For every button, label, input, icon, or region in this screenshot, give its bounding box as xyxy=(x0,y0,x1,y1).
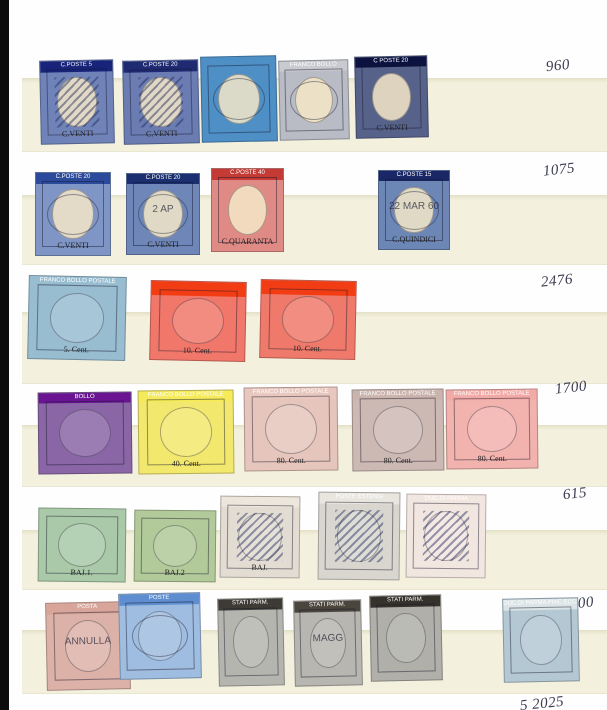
stamp-value-label: C.VENTI xyxy=(357,122,428,132)
stamp-value-label: 80. Cent. xyxy=(353,456,443,466)
stamp-value-label xyxy=(296,679,362,680)
stamp-value-label: 5. Cent. xyxy=(28,344,124,355)
cancel-text: 2 AP xyxy=(127,204,199,215)
stamp: BAJ.2 xyxy=(134,510,217,583)
grid-cancel-icon xyxy=(138,77,183,127)
stamp: FRANCO BOLLO POSTALE5. Cent. xyxy=(27,275,127,361)
stamp: C.POSTE 20C.VENTI xyxy=(122,59,200,145)
stamp: 10. Cent. xyxy=(259,279,357,360)
stamp: C POSTE 20C.VENTI xyxy=(354,55,429,139)
footer-note: 5 2025 xyxy=(519,694,565,710)
stamp: BAJ. xyxy=(220,496,301,579)
stamp-value-label: 80. Cent. xyxy=(245,456,337,466)
stamp-value-label xyxy=(372,674,442,675)
stamp: C.POSTE 1522 MAR 60C.QUINDICI xyxy=(378,170,450,250)
stamp-value-label: 40. Cent. xyxy=(139,459,233,469)
stamp-value-label xyxy=(39,468,131,469)
postmark-icon xyxy=(47,194,99,235)
stamp: DUC.DI PARMA xyxy=(406,494,487,579)
grid-cancel-icon xyxy=(55,77,99,127)
stamp xyxy=(200,55,278,143)
stamp-portrait-oval xyxy=(228,185,268,234)
stamp-value-label: BAJ.2 xyxy=(135,567,215,577)
stamp-portrait-oval xyxy=(265,404,317,454)
stamp: BOLLO xyxy=(38,392,133,475)
stamp-portrait-oval xyxy=(520,615,562,665)
stamp: 10. Cent. xyxy=(149,280,247,362)
stamp-value-label xyxy=(220,679,284,680)
price-note: 960 xyxy=(545,57,571,76)
stamp-value-label xyxy=(281,134,349,135)
stamp-value-label xyxy=(319,573,399,574)
stamp-portrait-oval xyxy=(281,296,335,343)
stamp-value-label: 10. Cent. xyxy=(260,343,354,354)
stamp-portrait-oval xyxy=(159,407,212,457)
stamp-value-label: C.VENTI xyxy=(36,241,110,250)
price-note: 2476 xyxy=(540,271,574,291)
price-note: 615 xyxy=(562,485,588,504)
stamp: FRANCO BOLLO POSTALE80. Cent. xyxy=(352,389,445,472)
stamp-portrait-oval xyxy=(233,616,270,668)
price-note: 1075 xyxy=(542,160,576,180)
stamp: FRANCO BOLLO POSTALE80. Cent. xyxy=(244,387,339,472)
stamp-value-label: C.VENTI xyxy=(42,128,114,139)
stamp-portrait-oval xyxy=(386,612,426,663)
stamp-portrait-oval xyxy=(50,293,105,343)
stamp: FRANCO BOLLO xyxy=(278,59,350,140)
stamp: STATI PARM. xyxy=(369,594,443,681)
stamp: DUC.DI PARMA PIAC.ECC. xyxy=(502,597,580,683)
cancel-text: ANNULLA xyxy=(47,635,129,648)
stamp-value-label: 80. Cent. xyxy=(447,454,537,464)
stamp: C.POSTE 40C.QUARANTA xyxy=(211,168,284,252)
stamp-value-label: C.VENTI xyxy=(127,240,199,249)
stamp-value-label: BAJ.1. xyxy=(39,567,125,577)
stamp-portrait-oval xyxy=(58,523,107,567)
stamp-value-label: C.QUINDICI xyxy=(379,235,449,244)
stamp: POSTE xyxy=(118,592,202,680)
stamp: POSTE ESTENSI xyxy=(318,492,401,581)
stamp: C.POSTE 202 APC.VENTI xyxy=(126,173,200,255)
album-page-edge xyxy=(0,0,9,710)
stamp-value-label xyxy=(121,672,201,674)
cancel-text: MAGG xyxy=(295,632,361,644)
stamp: FRANCO BOLLO POSTALE80. Cent. xyxy=(446,389,539,470)
stamp-value-label: BAJ. xyxy=(221,563,299,573)
stamp-value-label xyxy=(48,683,130,685)
stamp: FRANCO BOLLO POSTALE40. Cent. xyxy=(138,389,235,474)
stamp-value-label: 10. Cent. xyxy=(150,345,244,356)
stamp-value-label: C.VENTI xyxy=(125,128,199,139)
grid-cancel-icon xyxy=(236,513,283,561)
stamp: C.POSTE 5C.VENTI xyxy=(39,59,115,145)
price-note: 00 xyxy=(577,594,595,613)
stamp: C.POSTE 20C.VENTI xyxy=(35,172,111,256)
stamp-value-label xyxy=(407,572,485,573)
postmark-icon xyxy=(290,80,338,120)
stamp-portrait-oval xyxy=(59,409,111,458)
stamp: STATI PARM.MAGG xyxy=(293,599,363,686)
cancel-text: 22 MAR 60 xyxy=(379,201,449,212)
price-note: 1700 xyxy=(554,378,588,398)
grid-cancel-icon xyxy=(335,510,384,562)
stamp-value-label xyxy=(203,135,277,137)
stamp-value-label: C.QUARANTA xyxy=(212,237,283,246)
grid-cancel-icon xyxy=(422,511,469,561)
stamp: BAJ.1. xyxy=(38,508,127,583)
stamp: STATI PARM. xyxy=(217,597,285,686)
stamp-value-label xyxy=(505,675,579,677)
